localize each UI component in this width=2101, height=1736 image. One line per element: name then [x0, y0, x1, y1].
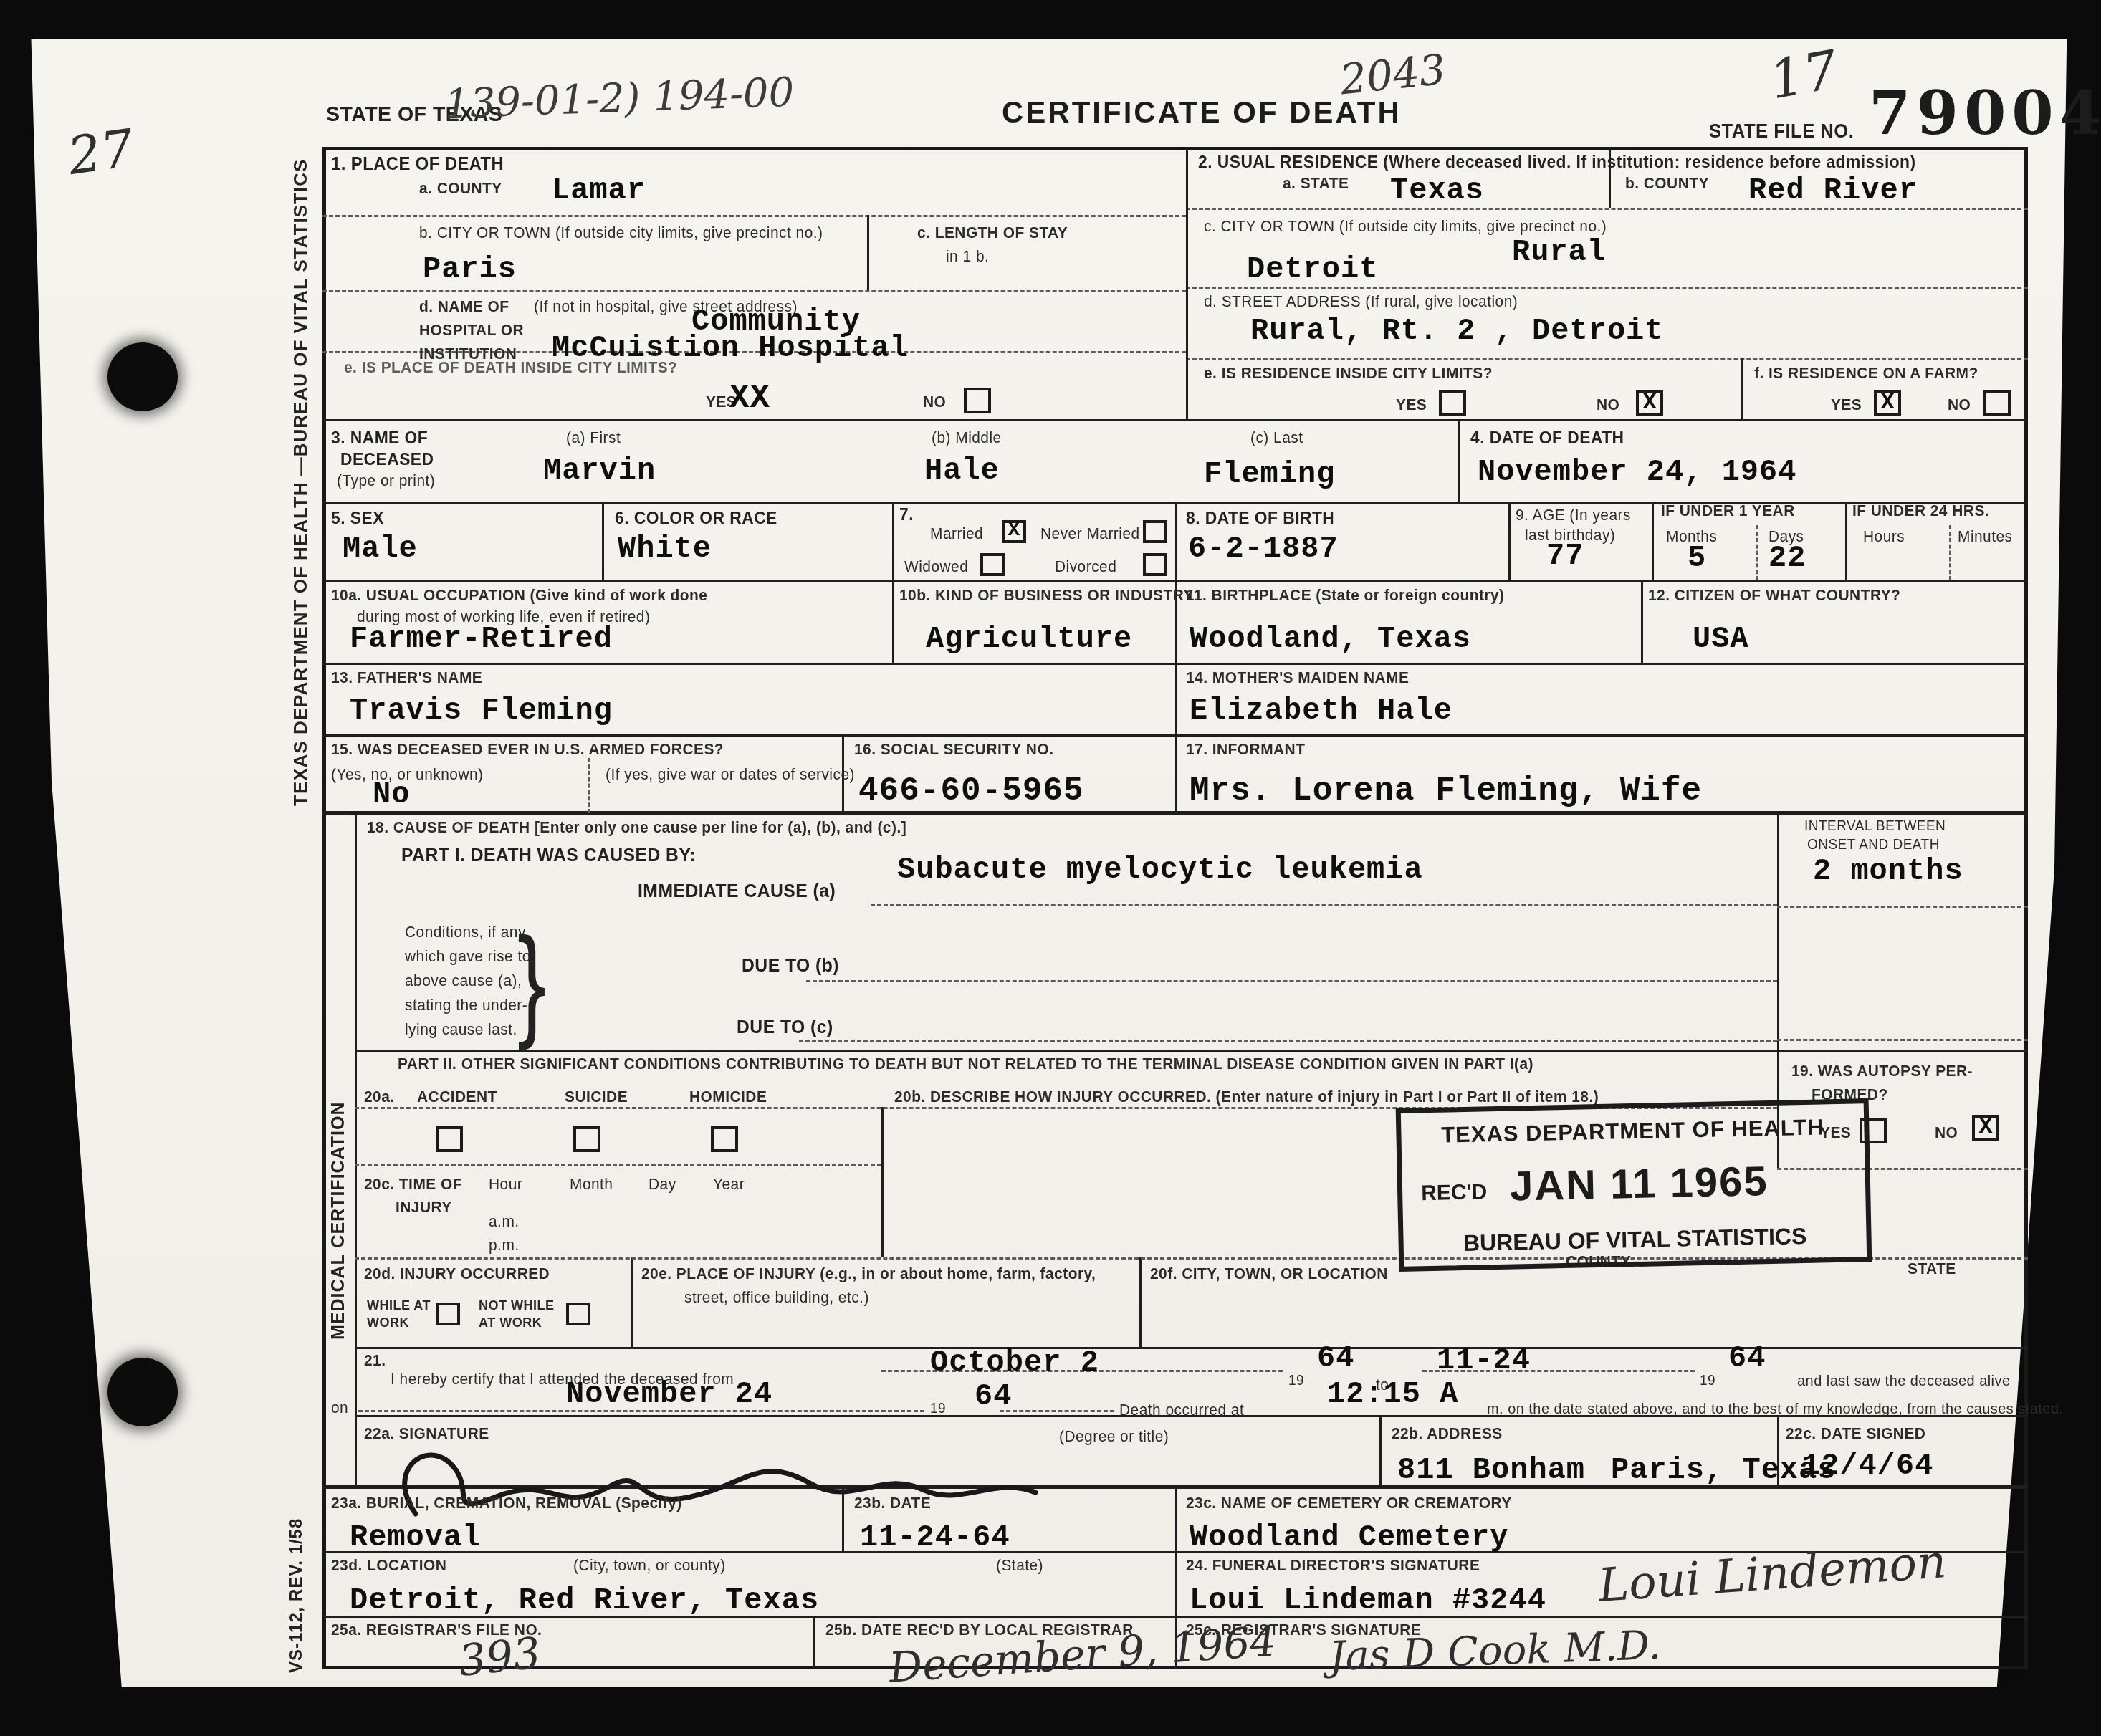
s15-value: No — [373, 777, 410, 812]
s20-while-at-work-checkbox — [436, 1303, 460, 1325]
s5-label: 5. SEX — [331, 509, 384, 529]
s20-year-label: Year — [713, 1175, 745, 1194]
s13-value: Travis Fleming — [350, 694, 613, 728]
s2-farm-no-label: NO — [1948, 395, 1971, 414]
rule — [631, 1257, 633, 1347]
s23a-value: Removal — [350, 1520, 481, 1555]
scan-edge-bottom — [0, 1687, 2101, 1736]
s20-suicide-checkbox — [573, 1126, 600, 1152]
s18-conditions-4: stating the under- — [405, 996, 527, 1015]
rule — [588, 758, 590, 813]
s3-label1: 3. NAME OF — [331, 428, 428, 449]
s18-due-c-label: DUE TO (c) — [737, 1016, 833, 1038]
rule — [355, 1347, 2028, 1349]
rule — [813, 1616, 815, 1669]
s18-cause-a-value: Subacute myelocytic leukemia — [897, 853, 1423, 887]
s16-value: 466-60-5965 — [858, 772, 1084, 810]
rule — [1186, 287, 2028, 289]
s7-never-married-checkbox — [1143, 520, 1167, 543]
s2-street-value: Rural, Rt. 2 , Detroit — [1250, 314, 1664, 348]
s22-address1: 811 Bonham — [1397, 1453, 1585, 1487]
s18-conditions-5: lying cause last. — [405, 1020, 517, 1039]
s21-last-saw-text: and last saw the deceased alive — [1797, 1373, 2011, 1390]
s15-sub2: (If yes, give war or dates of service) — [606, 765, 855, 784]
margin-agency-text: TEXAS DEPARTMENT OF HEALTH —BUREAU OF VI… — [289, 159, 312, 806]
scanned-death-certificate: 27 STATE OF TEXAS 139-01-2) 194-00 CERTI… — [0, 0, 2101, 1736]
s1-title: 1. PLACE OF DEATH — [331, 154, 504, 175]
s13-label: 13. FATHER'S NAME — [331, 668, 482, 687]
s2-farm-no-checkbox — [1983, 390, 2011, 416]
s20c-label1: 20c. TIME OF — [364, 1175, 462, 1194]
s22b-label: 22b. ADDRESS — [1392, 1424, 1503, 1443]
s9-months-value: 5 — [1688, 541, 1706, 575]
s20-notwhile2: AT WORK — [479, 1315, 542, 1331]
rule — [1845, 502, 1847, 580]
stamp-recd-label: REC'D — [1421, 1180, 1488, 1206]
rule — [322, 215, 1186, 217]
s2-state-label: a. STATE — [1283, 174, 1349, 193]
rule — [806, 980, 1777, 982]
s20-suicide-label: SUICIDE — [565, 1088, 628, 1106]
s15-label: 15. WAS DECEASED EVER IN U.S. ARMED FORC… — [331, 740, 724, 759]
s18-conditions-2: which gave rise to — [405, 947, 531, 966]
s18-label: 18. CAUSE OF DEATH [Enter only one cause… — [367, 818, 906, 837]
s22-date-signed: 12/4/64 — [1802, 1449, 1933, 1483]
stamp-agency: TEXAS DEPARTMENT OF HEALTH — [1401, 1113, 1865, 1149]
rule — [322, 290, 1186, 292]
s18-immediate-label: IMMEDIATE CAUSE (a) — [638, 880, 836, 902]
s21-yr2: 64 — [1728, 1341, 1766, 1376]
s19-label1: 19. WAS AUTOPSY PER- — [1791, 1062, 1973, 1080]
s1-limits-label: e. IS PLACE OF DEATH INSIDE CITY LIMITS? — [344, 358, 677, 377]
s14-value: Elizabeth Hale — [1190, 694, 1452, 728]
rule — [1458, 419, 1460, 502]
s2-limits-label: e. IS RESIDENCE INSIDE CITY LIMITS? — [1204, 364, 1493, 383]
s1-stay-label: c. LENGTH OF STAY — [917, 224, 1068, 242]
s7-label: 7. — [899, 505, 914, 525]
rule — [1175, 734, 1177, 813]
s6-value: White — [618, 532, 712, 566]
s10b-label: 10b. KIND OF BUSINESS OR INDUSTRY — [899, 586, 1194, 605]
rule — [355, 813, 357, 1487]
s1-hosp-label1: d. NAME OF — [419, 297, 509, 316]
s25a-file-no: 393 — [456, 1628, 543, 1687]
state-file-no-label: STATE FILE NO. — [1709, 120, 1854, 143]
s1-hosp-label3: HOSPITAL OR — [419, 321, 524, 340]
rule — [1379, 1415, 1382, 1487]
s9-age-value: 77 — [1546, 539, 1584, 573]
s12-label: 12. CITIZEN OF WHAT COUNTRY? — [1648, 586, 1900, 605]
rule — [1186, 147, 1188, 419]
s24-value: Loui Lindeman #3244 — [1190, 1583, 1546, 1618]
s1-stay-label2: in 1 b. — [946, 247, 989, 266]
s2-limits-yes-label: YES — [1396, 395, 1427, 414]
certificate-number: 79004 — [1869, 77, 2101, 148]
rule — [1139, 1257, 1142, 1347]
s22c-label: 22c. DATE SIGNED — [1786, 1424, 1925, 1443]
s18-conditions-1: Conditions, if any, — [405, 923, 530, 941]
hole-punch-bottom — [107, 1358, 178, 1426]
s3-last-label: (c) Last — [1250, 428, 1303, 447]
s20e-label2: street, office building, etc.) — [684, 1288, 869, 1307]
s21-attended-from: October 2 — [930, 1346, 1099, 1380]
s23d-value: Detroit, Red River, Texas — [350, 1583, 819, 1618]
rule — [1186, 358, 2028, 360]
rule — [1508, 502, 1511, 580]
s20-am-label: a.m. — [489, 1212, 520, 1231]
s19-no-label: NO — [1935, 1123, 1958, 1142]
s7-widowed-label: Widowed — [904, 557, 968, 576]
rule — [892, 502, 894, 580]
s1-limits-no-label: NO — [923, 393, 946, 411]
s8-label: 8. DATE OF BIRTH — [1186, 509, 1334, 529]
s20-accident-label: ACCIDENT — [417, 1088, 497, 1106]
s20b-label: 20b. DESCRIBE HOW INJURY OCCURRED. (Ente… — [894, 1088, 1599, 1106]
s7-married-label: Married — [930, 524, 983, 543]
s20-not-while-at-work-checkbox — [566, 1303, 590, 1325]
rule — [867, 215, 869, 290]
s20-month-label: Month — [570, 1175, 613, 1194]
s9-under1-label: IF UNDER 1 YEAR — [1661, 502, 1795, 520]
s21-tail-text: m. on the date stated above, and to the … — [1487, 1401, 2063, 1418]
s2-county-label: b. COUNTY — [1625, 174, 1709, 193]
s20-homicide-checkbox — [711, 1126, 738, 1152]
s3-middle-value: Hale — [924, 454, 1000, 488]
s9-label1: 9. AGE (In years — [1516, 506, 1631, 524]
s23b-value: 11-24-64 — [860, 1520, 1010, 1555]
s1-city-value: Paris — [423, 252, 517, 287]
s2-city-value: Detroit — [1247, 252, 1378, 287]
s23a-label: 23a. BURIAL, CREMATION, REMOVAL (Specify… — [331, 1494, 682, 1512]
s18-interval-label1: INTERVAL BETWEEN — [1804, 818, 1946, 835]
s23d-sub2: (State) — [996, 1556, 1043, 1575]
s20-hour-label: Hour — [489, 1175, 522, 1194]
rule — [602, 502, 604, 580]
rule — [1652, 502, 1654, 580]
s10a-value: Farmer-Retired — [350, 622, 613, 656]
stamp-date: JAN 11 1965 — [1509, 1157, 1769, 1211]
scan-edge-top — [0, 0, 2101, 39]
s22-degree-label: (Degree or title) — [1059, 1427, 1169, 1446]
s2-farm-yes-label: YES — [1831, 395, 1862, 414]
certificate-title: CERTIFICATE OF DEATH — [1002, 95, 1402, 130]
s3-last-value: Fleming — [1204, 457, 1335, 491]
rule — [1186, 208, 2028, 210]
rule — [1175, 502, 1177, 580]
s1-limits-no-checkbox — [964, 388, 991, 413]
rule — [1175, 1487, 1177, 1551]
hole-punch-top — [107, 342, 178, 411]
s2-limits-no-label: NO — [1597, 395, 1619, 414]
received-stamp: TEXAS DEPARTMENT OF HEALTH REC'D JAN 11 … — [1396, 1098, 1872, 1272]
rule — [799, 1040, 1777, 1042]
handwritten-17: 17 — [1765, 39, 1842, 111]
s21-yr1: 64 — [1317, 1341, 1354, 1376]
s7-divorced-checkbox — [1143, 553, 1167, 576]
s21-yr3: 64 — [975, 1379, 1012, 1414]
s11-value: Woodland, Texas — [1190, 622, 1471, 656]
s7-married-checkbox: X — [1002, 520, 1026, 543]
rule — [322, 419, 2028, 421]
s18-conditions-3: above cause (a), — [405, 972, 522, 990]
s10a-label1: 10a. USUAL OCCUPATION (Give kind of work… — [331, 586, 707, 605]
s21-yr3-label: 19 — [930, 1401, 946, 1417]
s18-interval-value: 2 months — [1813, 854, 1963, 888]
rule — [881, 1107, 884, 1257]
rule — [1175, 663, 1177, 734]
s7-never-married-label: Never Married — [1040, 524, 1140, 543]
s19-no-checkbox: X — [1972, 1115, 1999, 1141]
s7-divorced-label: Divorced — [1055, 557, 1116, 576]
s8-value: 6-2-1887 — [1188, 532, 1339, 566]
s20-while1: WHILE AT — [367, 1298, 431, 1314]
s21-death-at-label: Death occurred at — [1119, 1401, 1244, 1419]
s17-value: Mrs. Lorena Fleming, Wife — [1190, 772, 1702, 810]
rule — [892, 580, 894, 663]
s23c-label: 23c. NAME OF CEMETERY OR CREMATORY — [1186, 1494, 1512, 1512]
s2-county-value: Red River — [1748, 173, 1918, 208]
margin-note-handwritten: 27 — [64, 118, 138, 186]
s2-farm-yes-checkbox: X — [1874, 390, 1901, 416]
s21-label: 21. — [364, 1351, 386, 1370]
s3-first-label: (a) First — [566, 428, 621, 447]
s18-part2: PART II. OTHER SIGNIFICANT CONDITIONS CO… — [398, 1055, 1533, 1073]
rule — [1741, 358, 1743, 419]
s20d-label: 20d. INJURY OCCURRED — [364, 1265, 550, 1283]
rule — [871, 904, 1777, 906]
rule — [355, 1164, 881, 1166]
s3-first-value: Marvin — [543, 454, 656, 488]
s2-street-label: d. STREET ADDRESS (If rural, give locati… — [1204, 292, 1518, 311]
s1-county-value: Lamar — [552, 173, 646, 208]
s16-label: 16. SOCIAL SECURITY NO. — [854, 740, 1053, 759]
s2-farm-label: f. IS RESIDENCE ON A FARM? — [1754, 364, 1978, 383]
s18-brace: } — [517, 910, 546, 1052]
rule — [1000, 1410, 1114, 1412]
s3-label2: DECEASED — [340, 450, 434, 470]
s1-county-label: a. COUNTY — [419, 179, 502, 198]
s21-to-date: 11-24 — [1437, 1343, 1531, 1378]
rule — [1777, 906, 2028, 908]
s9-days-value: 22 — [1769, 541, 1806, 575]
s2-limits-no-checkbox: X — [1636, 390, 1663, 416]
s20e-label1: 20e. PLACE OF INJURY (e.g., in or about … — [641, 1265, 1096, 1283]
s3-label3: (Type or print) — [337, 471, 435, 490]
s2-title: 2. USUAL RESIDENCE (Where deceased lived… — [1198, 153, 1916, 173]
s12-value: USA — [1693, 622, 1749, 656]
s5-value: Male — [343, 532, 418, 566]
s20-notwhile1: NOT WHILE — [479, 1298, 555, 1314]
s21-yr1-label: 19 — [1288, 1373, 1304, 1389]
s23d-label: 23d. LOCATION — [331, 1556, 446, 1575]
rule — [1777, 1039, 2028, 1041]
s18-due-b-label: DUE TO (b) — [742, 954, 839, 977]
s7-widowed-checkbox — [980, 553, 1005, 576]
s18-interval-label2: ONSET AND DEATH — [1807, 837, 1940, 853]
s21-on-label: on — [331, 1399, 348, 1417]
s20-state-label: STATE — [1908, 1260, 1956, 1278]
s21-yr2-label: 19 — [1700, 1373, 1715, 1389]
s23c-value: Woodland Cemetery — [1190, 1520, 1508, 1555]
s14-label: 14. MOTHER'S MAIDEN NAME — [1186, 668, 1409, 687]
rule — [1641, 580, 1643, 663]
s20f-label: 20f. CITY, TOWN, OR LOCATION — [1150, 1265, 1388, 1283]
s23d-sub1: (City, town, or county) — [573, 1556, 726, 1575]
s21-on-date: November 24 — [566, 1377, 772, 1411]
s21-time-value: 12:15 A — [1327, 1377, 1458, 1411]
s18-part1: PART I. DEATH WAS CAUSED BY: — [401, 844, 696, 866]
s2-state-value: Texas — [1390, 173, 1484, 208]
s10b-value: Agriculture — [926, 622, 1132, 656]
s20-pm-label: p.m. — [489, 1236, 520, 1255]
s4-label: 4. DATE OF DEATH — [1470, 428, 1624, 449]
s20-while2: WORK — [367, 1315, 409, 1331]
s9-hours-label: Hours — [1863, 527, 1905, 546]
s24-label: 24. FUNERAL DIRECTOR'S SIGNATURE — [1186, 1556, 1480, 1575]
rule — [1949, 525, 1951, 580]
s23b-label: 23b. DATE — [854, 1494, 931, 1512]
rule — [1756, 525, 1758, 580]
s20-day-label: Day — [649, 1175, 676, 1194]
margin-form-number: VS-112, REV. 1/58 — [287, 1518, 307, 1673]
s9-under24-label: IF UNDER 24 HRS. — [1852, 502, 1989, 520]
s20c-label2: INJURY — [396, 1198, 452, 1217]
s20-homicide-label: HOMICIDE — [689, 1088, 767, 1106]
s2-city-rural: Rural — [1512, 235, 1606, 269]
rule — [1175, 1551, 1177, 1616]
s3-middle-label: (b) Middle — [932, 428, 1002, 447]
s4-value: November 24, 1964 — [1478, 455, 1796, 489]
s1-limits-yes-mark: XX — [729, 380, 770, 417]
s2-limits-yes-checkbox — [1439, 390, 1466, 416]
s17-label: 17. INFORMANT — [1186, 740, 1305, 759]
s9-minutes-label: Minutes — [1958, 527, 2013, 546]
stamp-bureau: BUREAU OF VITAL STATISTICS — [1403, 1222, 1867, 1258]
s11-label: 11. BIRTHPLACE (State or foreign country… — [1186, 586, 1504, 605]
s6-label: 6. COLOR OR RACE — [615, 509, 777, 529]
s20a-label: 20a. — [364, 1088, 395, 1106]
s20-accident-checkbox — [436, 1126, 463, 1152]
s1-city-label: b. CITY OR TOWN (If outside city limits,… — [419, 224, 823, 242]
s2-city-label: c. CITY OR TOWN (If outside city limits,… — [1204, 217, 1607, 236]
